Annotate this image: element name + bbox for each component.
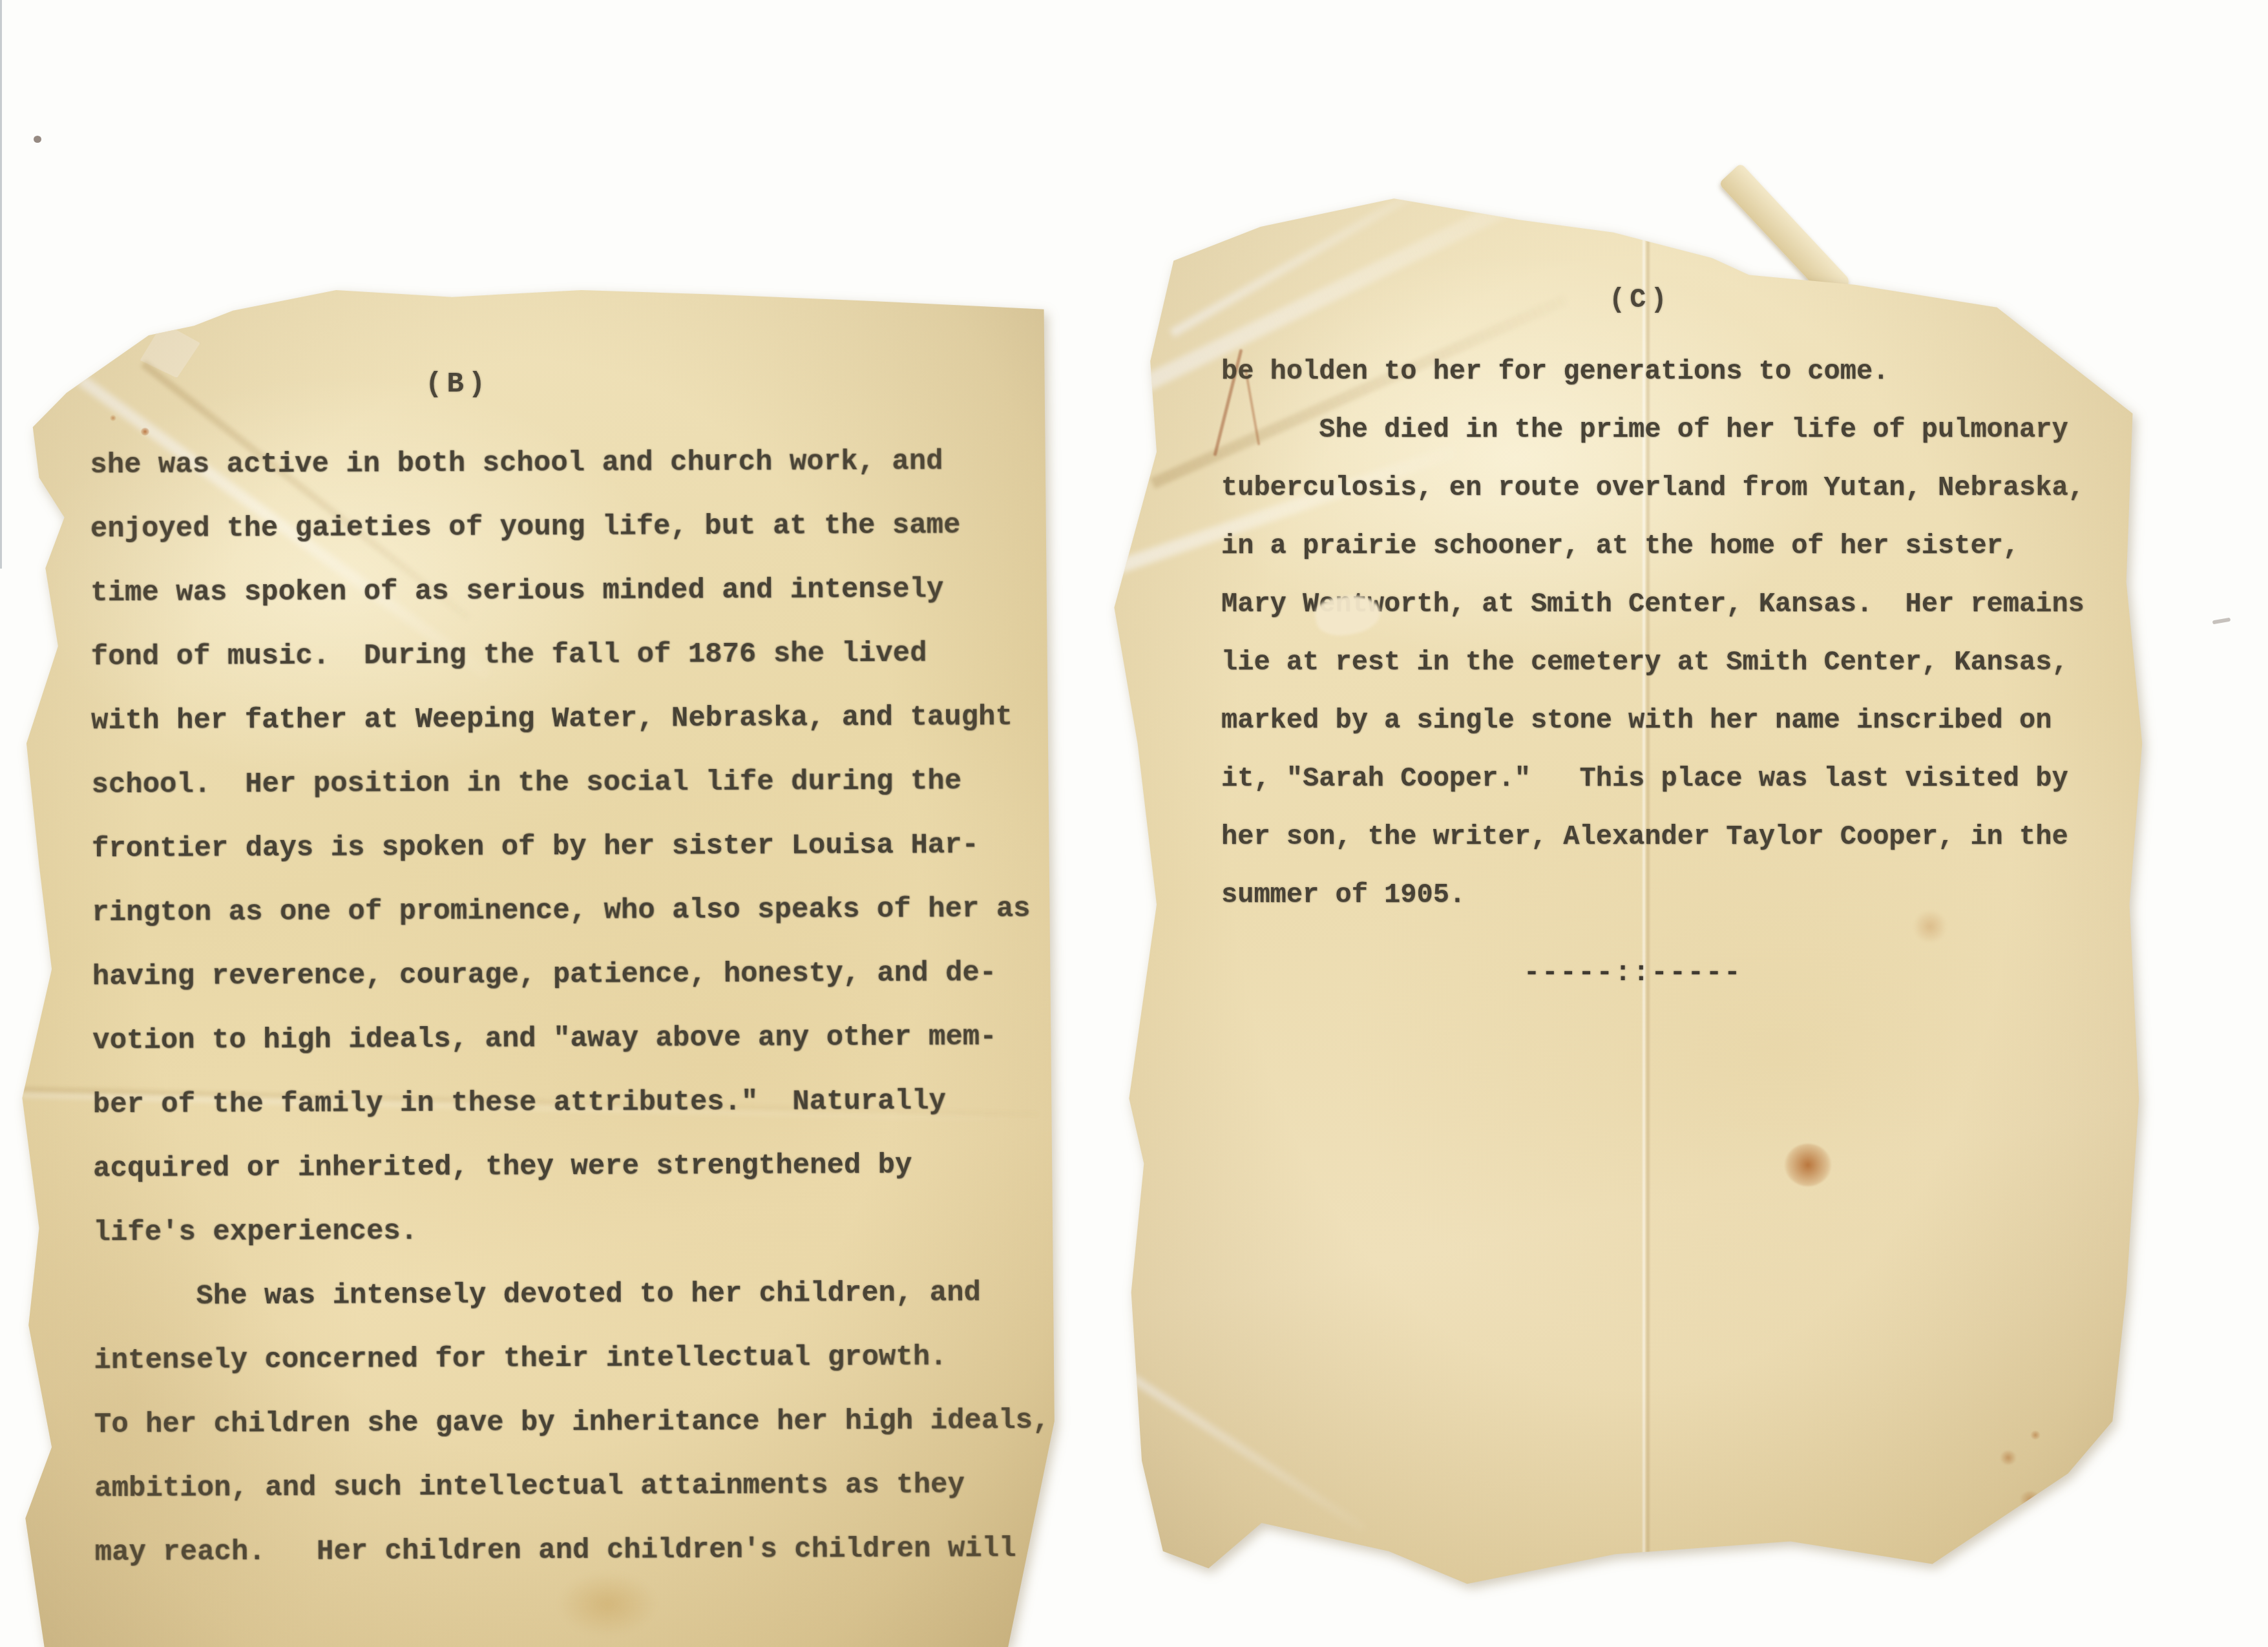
typed-page-b: (B) she was active in both school and ch… [6,278,1060,1647]
typewritten-line: tuberculosis, en route overland from Yut… [1221,459,2084,517]
rust-stain [1785,1144,1831,1186]
typewritten-line: acquired or inherited, they were strengt… [93,1133,1049,1201]
typewritten-line: ber of the family in these attributes." … [92,1069,1048,1137]
typewritten-line: ambition, and such intellectual attainme… [94,1453,1050,1521]
typewritten-line: summer of 1905. [1221,866,2084,924]
paper-sheet-b: (B) she was active in both school and ch… [6,278,1060,1647]
page-label: (C) [1609,284,1672,315]
typewritten-line: she was active in both school and church… [90,430,1045,498]
typewritten-line: with her father at Weeping Water, Nebras… [91,686,1047,753]
rust-speck [2000,1451,2017,1465]
typewritten-line: time was spoken of as serious minded and… [90,558,1046,625]
rust-speck [2030,1431,2041,1440]
typewritten-line: having reverence, courage, patience, hon… [92,941,1048,1009]
typewritten-line: She was intensely devoted to her childre… [94,1261,1049,1329]
typewritten-line: intensely concerned for their intellectu… [94,1325,1049,1393]
typewritten-line: lie at rest in the cemetery at Smith Cen… [1221,633,2084,691]
typewritten-line: may reach. Her children and children's c… [94,1517,1050,1585]
typewritten-line: her son, the writer, Alexander Taylor Co… [1221,808,2084,866]
typewritten-line: frontier days is spoken of by her sister… [92,813,1047,881]
typewritten-line: school. Her position in the social life … [91,750,1047,817]
torn-flap [135,318,204,383]
page-label: (B) [425,368,490,401]
typed-page-c: (C) be holden to her for generations to … [1092,174,2152,1589]
typewritten-line: marked by a single stone with her name i… [1221,691,2084,750]
rust-speck [110,415,116,421]
typewritten-line: She died in the prime of her life of pul… [1221,401,2084,459]
typewritten-line: enjoyed the gaieties of young life, but … [90,494,1046,561]
typewritten-line: fond of music. During the fall of 1876 s… [90,622,1046,689]
crumple-crease [1170,162,1465,337]
typewritten-line: To her children she gave by inheritance … [94,1389,1050,1457]
pencil-mark [2212,618,2231,625]
typewritten-line: be holden to her for generations to come… [1221,342,2084,401]
crease-line [1113,1363,1367,1533]
typewritten-line: life's experiences. [93,1197,1049,1265]
section-divider: -----::----- [1524,958,1742,989]
typed-text-block: she was active in both school and church… [90,430,1050,1585]
paper-sheet-c: (C) be holden to her for generations to … [1092,174,2152,1589]
typewritten-line: it, "Sarah Cooper." This place was last … [1221,750,2084,808]
typewritten-line: votion to high ideals, and "away above a… [92,1005,1048,1073]
scanner-edge-line [0,0,2,569]
typed-text-block: be holden to her for generations to come… [1221,342,2084,924]
typewritten-line: Mary Wentworth, at Smith Center, Kansas.… [1221,575,2084,633]
ink-speck [34,136,41,143]
typewritten-line: rington as one of prominence, who also s… [92,877,1047,945]
typewritten-line: in a prairie schooner, at the home of he… [1221,517,2084,575]
rust-speck [2019,1491,2041,1508]
